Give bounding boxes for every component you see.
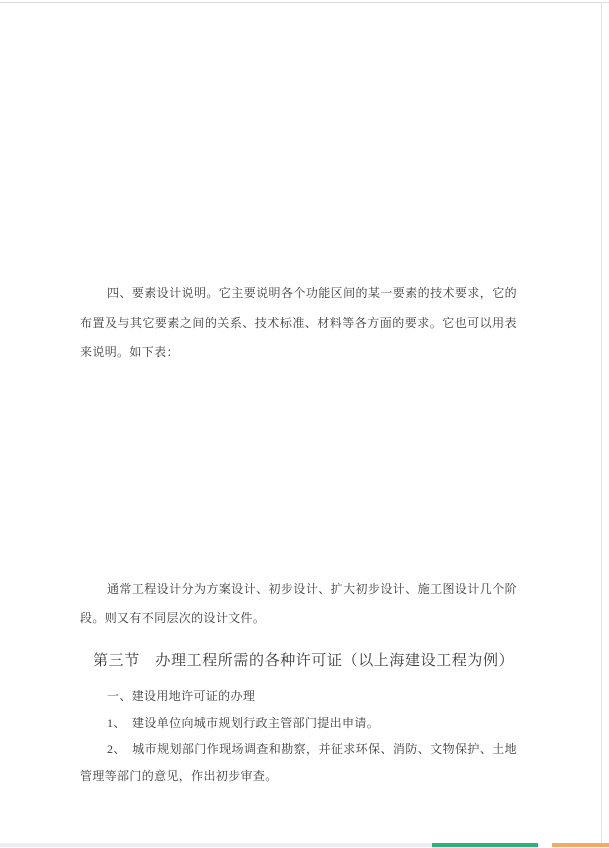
document-page: 四、要素设计说明。它主要说明各个功能区间的某一要素的技术要求，它的 布置及与其它… (0, 0, 609, 848)
bottom-strip (0, 843, 609, 847)
paragraph-design-stages: 通常工程设计分为方案设计、初步设计、扩大初步设计、施工图设计几个阶 段。则又有不… (80, 575, 517, 632)
list-item: 1、 建设单位向城市规划行政主管部门提出申请。 (80, 710, 517, 737)
permit-list-block: 一、建设用地许可证的办理 1、 建设单位向城市规划行政主管部门提出申请。 2、 … (80, 683, 517, 789)
page-top-border (0, 2, 609, 3)
page-right-border (601, 2, 602, 843)
section-heading: 第三节 办理工程所需的各种许可证（以上海建设工程为例） (80, 648, 550, 674)
text-line: 四、要素设计说明。它主要说明各个功能区间的某一要素的技术要求，它的 (80, 279, 517, 309)
text-line: 通常工程设计分为方案设计、初步设计、扩大初步设计、施工图设计几个阶 (80, 575, 517, 604)
list-item-continuation: 管理等部门的意见，作出初步审查。 (80, 763, 517, 790)
list-item: 一、建设用地许可证的办理 (80, 683, 517, 710)
strip-segment-orange (552, 843, 609, 847)
text-line: 来说明。如下表： (80, 338, 517, 368)
text-line: 布置及与其它要素之间的关系、技术标准、材料等各方面的要求。它也可以用表 (80, 309, 517, 339)
list-item: 2、 城市规划部门作现场调查和勘察，并征求环保、消防、文物保护、土地 (80, 736, 517, 763)
text-line: 段。则又有不同层次的设计文件。 (80, 604, 517, 633)
strip-segment-gray (0, 843, 432, 847)
strip-segment-green (432, 843, 538, 847)
strip-segment-white (538, 843, 552, 847)
paragraph-element-design: 四、要素设计说明。它主要说明各个功能区间的某一要素的技术要求，它的 布置及与其它… (80, 279, 517, 368)
